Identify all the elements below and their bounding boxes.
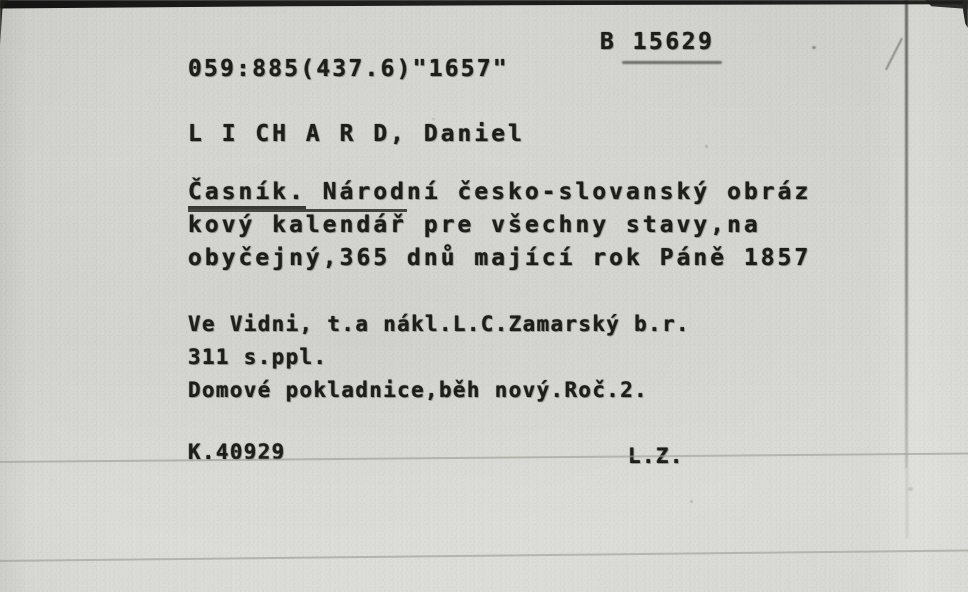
imprint-statement: Ve Vidni, t.a nákl.L.C.Zamarský b.r. (188, 313, 690, 336)
author-heading: L I CH A R D, Daniel (188, 122, 525, 147)
accession-number: B 15629 (600, 30, 714, 55)
ink-speck (705, 145, 708, 148)
title-line-2: kový kalendář pre všechny stavy,na (188, 213, 761, 238)
udc-number: 059:885(437.6)"1657" (188, 57, 509, 82)
title-line-3: obyčejný,365 dnů mající rok Páně 1857 (188, 246, 811, 271)
scratch-mark (885, 38, 903, 71)
card-right-edge-line (905, 0, 908, 468)
card-top-right-edge-shadow (925, 0, 968, 9)
card-ruled-line-lower (0, 549, 968, 562)
card-right-edge-line-faint (906, 468, 908, 538)
card-top-edge-shadow (0, 0, 968, 10)
title-line-1-rest: Národní česko-slovanský obráz (306, 179, 811, 205)
accession-number-underline (622, 61, 722, 64)
paper-grain-texture (0, 0, 968, 592)
collation-statement: 311 s.ppl. (188, 346, 327, 369)
title-line-1: Časník. Národní česko-slovanský obráz (188, 180, 811, 205)
scan-right-edge-mark (962, 0, 968, 28)
card-ruled-line-upper (0, 452, 968, 463)
title-line-2-rest: pre všechny stavy,na (407, 212, 761, 238)
ink-speck (812, 46, 816, 49)
ink-speck (432, 118, 435, 120)
title-line-2-overlined: kový kalendář (188, 209, 407, 238)
ink-speck (908, 487, 913, 491)
title-first-word-underlined: Časník. (188, 179, 306, 209)
ink-speck (690, 500, 693, 503)
series-note: Domové pokladnice,běh nový.Roč.2. (188, 379, 648, 402)
